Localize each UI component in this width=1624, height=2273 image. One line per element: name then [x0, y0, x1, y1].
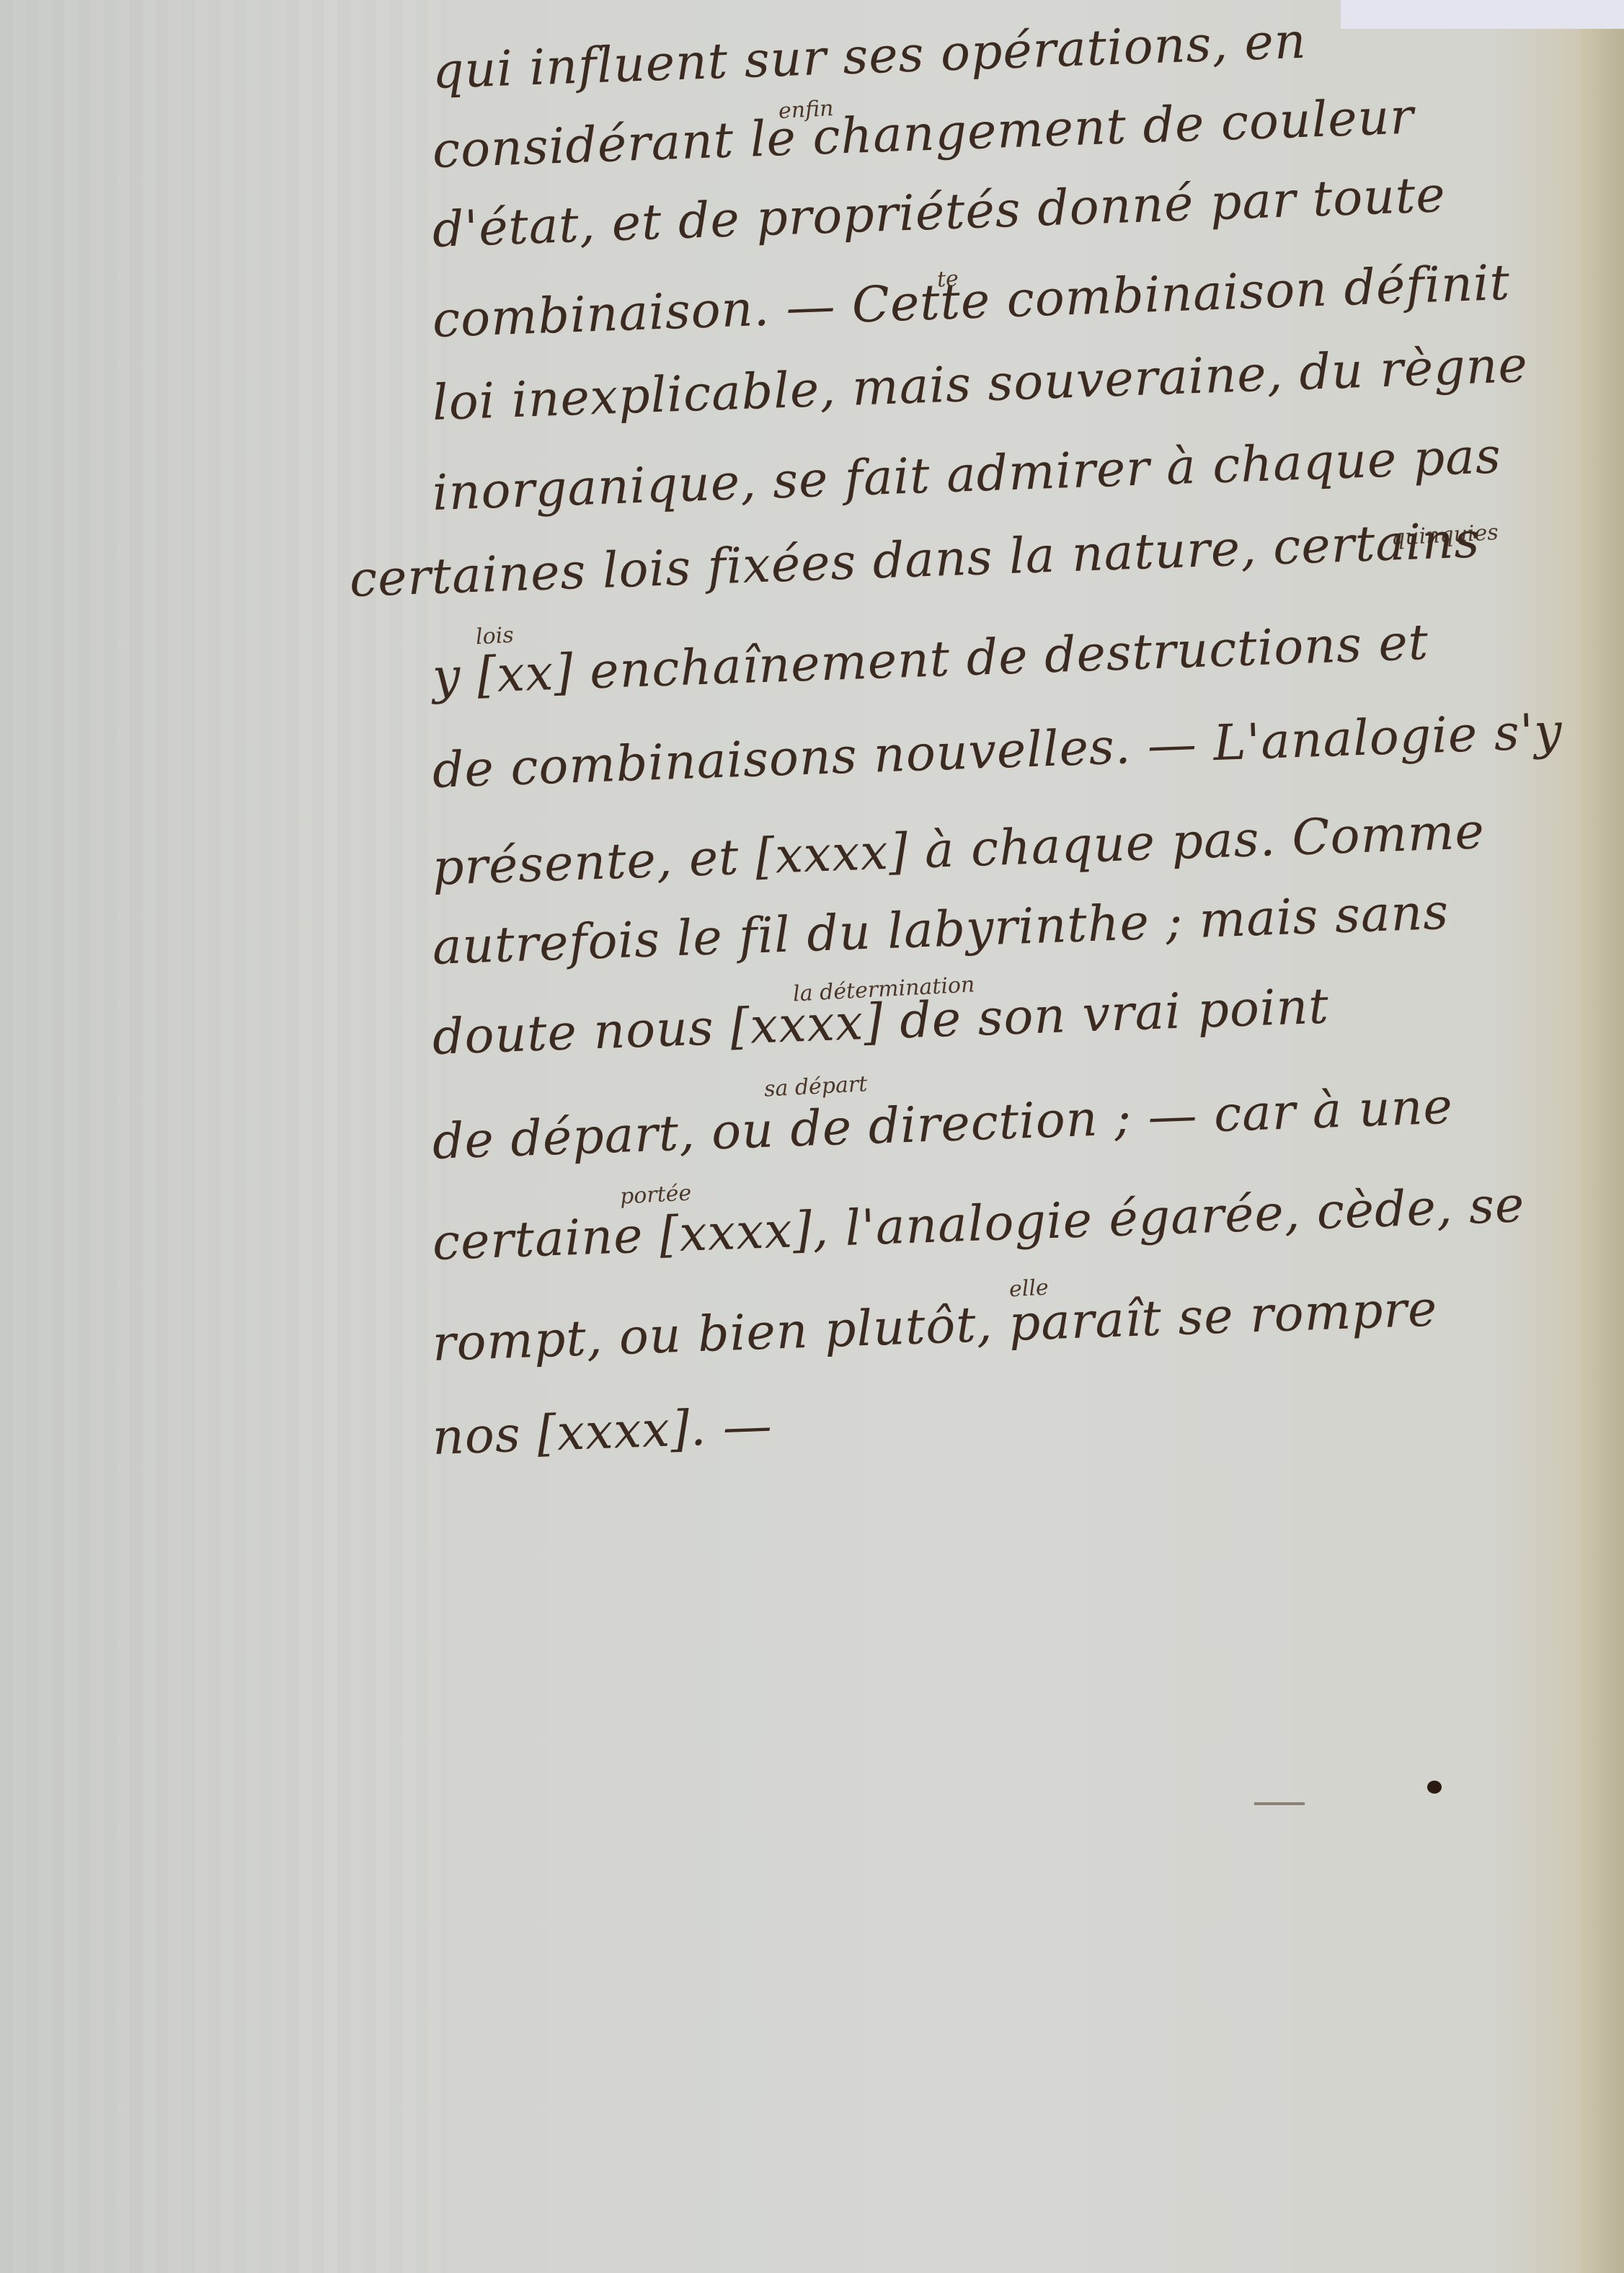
line-9: de combinaisons nouvelles. — L'analogie …: [432, 703, 1563, 799]
line-5: loi inexplicable, mais souveraine, du rè…: [432, 337, 1529, 432]
page-edge: [1581, 29, 1624, 2273]
insertion-13: sa départ: [763, 1071, 868, 1102]
line-8: y [xx] enchaînement de destructions et: [432, 614, 1430, 706]
line-15: rompt, ou bien plutôt, paraît se rompre: [432, 1280, 1439, 1373]
margin-shade: [0, 0, 447, 2273]
line-6: inorganique, se fait admirer à chaque pa…: [432, 427, 1502, 522]
line-7: certaines lois fixées dans la nature, ce…: [349, 512, 1481, 608]
line-16: nos [xxxx]. —: [432, 1398, 773, 1466]
line-3: d'état, et de propriétés donné par toute: [432, 167, 1447, 259]
line-14: certaine [xxxx], l'analogie égarée, cède…: [432, 1177, 1526, 1272]
line-2: considérant le changement de couleur: [432, 88, 1416, 180]
line-11: autrefois le fil du labyrinthe ; mais sa…: [432, 884, 1450, 976]
ink-dash: [1254, 1802, 1305, 1805]
line-4: combinaison. — Cette combinaison définit: [432, 254, 1512, 349]
line-13: de départ, ou de direction ; — car à une: [432, 1078, 1454, 1171]
ink-blot: [1427, 1781, 1442, 1794]
paper-top-strip: [1341, 0, 1624, 29]
insertion-14: portée: [619, 1180, 692, 1209]
line-10: présente, et [xxxx] à chaque pas. Comme: [432, 803, 1486, 897]
line-1: qui influent sur ses opérations, en: [432, 13, 1308, 100]
